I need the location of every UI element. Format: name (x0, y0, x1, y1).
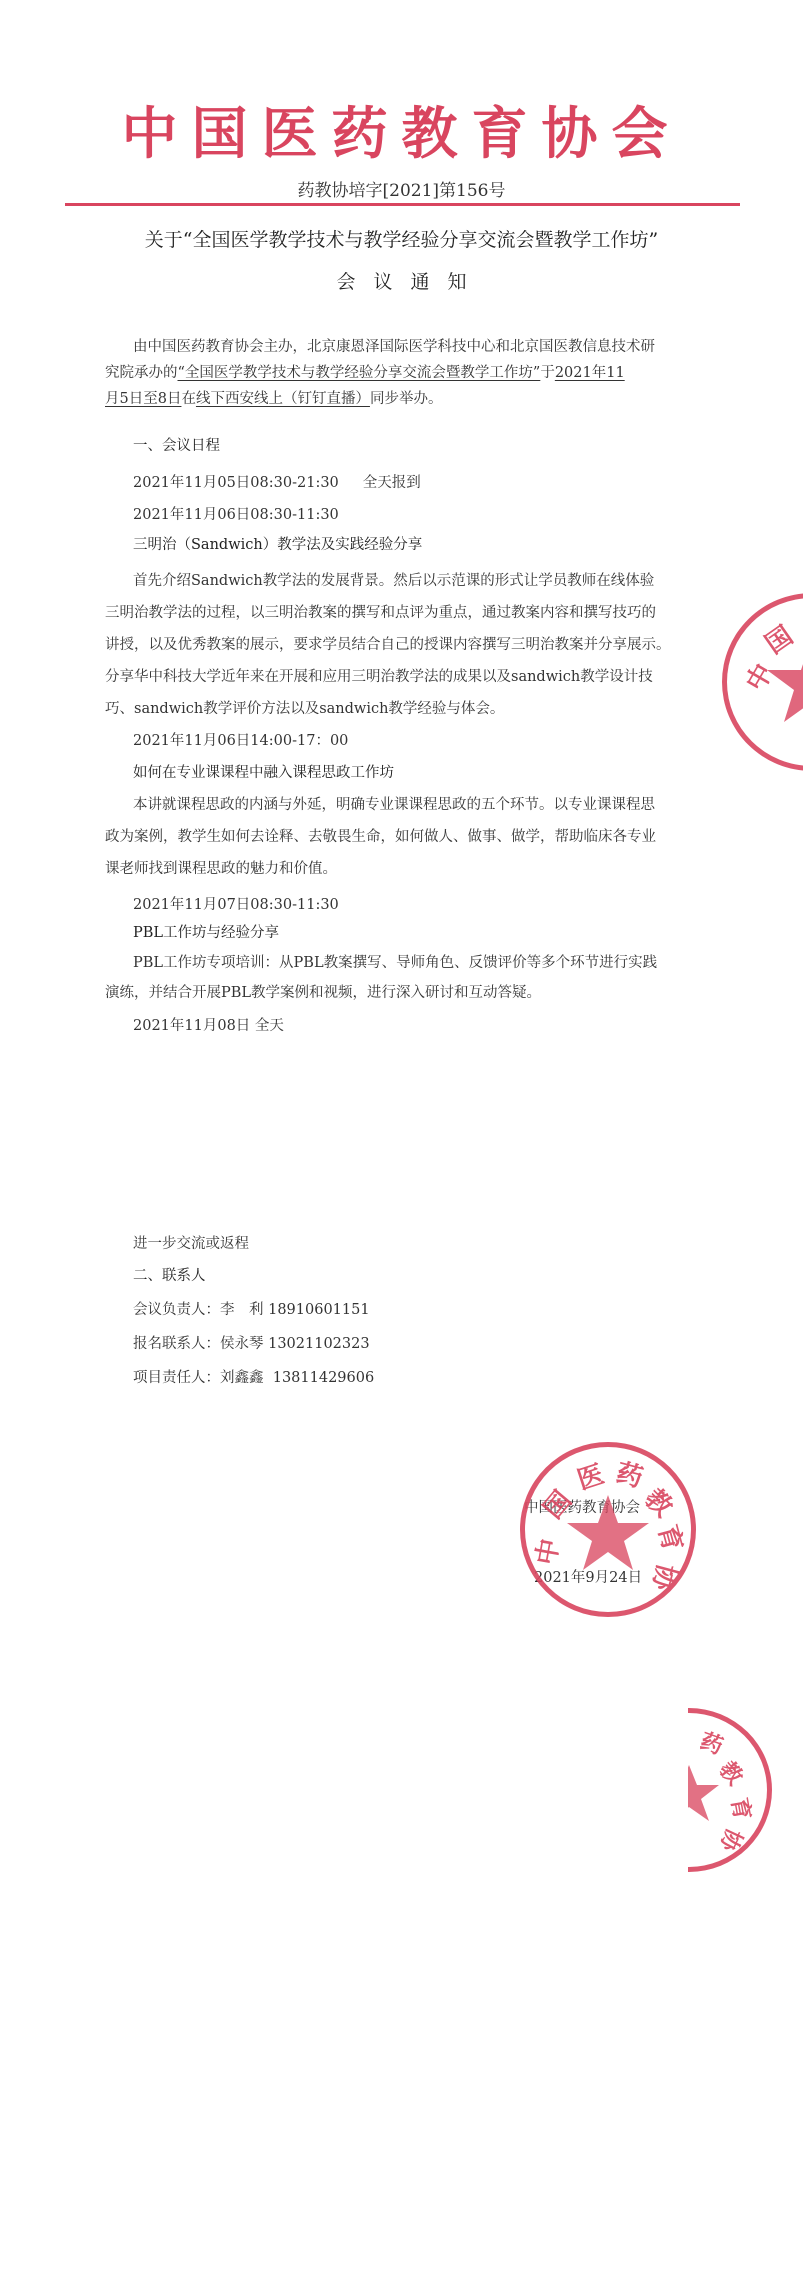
contact-phone: 18910601151 (268, 1302, 369, 1318)
schedule-time-3: 2021年11月07日08:30-11:30 (133, 892, 339, 918)
schedule-note: 全天报到 (363, 475, 421, 491)
official-seal-icon: 中 国 医 (722, 593, 803, 771)
section-heading-schedule: 一、会议日程 (133, 433, 220, 459)
notice-subtitle: 会议通知 (0, 267, 803, 294)
contact-role: 报名联系人： (133, 1336, 220, 1352)
seal-stamp-edge: 中 国 医 (700, 585, 803, 780)
cross-page-seal: 药 教 育 协 (688, 1700, 778, 1880)
session-desc-line: PBL工作坊专项培训：从PBL教案撰写、导师角色、反馈评价等多个环节进行实践 (133, 950, 657, 976)
session-desc-line: 演练，并结合开展PBL教学案例和视频，进行深入研讨和互动答疑。 (105, 980, 541, 1006)
intro-line-1: 由中国医药教育协会主办，北京康恩泽国际医学科技中心和北京国医教信息技术研 (133, 334, 655, 360)
contact-name: 侯永琴 (220, 1336, 264, 1352)
organization-letterhead: 中国医药教育协会 (0, 100, 803, 170)
session-title-pbl: PBL工作坊与经验分享 (133, 920, 279, 946)
session-desc-line: 政为案例，教学生如何去诠释、去敬畏生命，如何做人、做事、做学，帮助临床各专业 (105, 824, 656, 850)
contact-role: 项目责任人： (133, 1370, 220, 1386)
document-page: 中国医药教育协会 药教协培字[2021]第156号 关于“全国医学教学技术与教学… (0, 0, 803, 2290)
schedule-item-1: 2021年11月05日08:30-21:30全天报到 (133, 470, 421, 496)
schedule-item-2: 2021年11月06日08:30-11:30 (133, 502, 339, 528)
notice-title: 关于“全国医学教学技术与教学经验分享交流会暨教学工作坊” (0, 225, 803, 252)
session-desc-line: 三明治教学法的过程，以三明治教案的撰写和点评为重点，通过教案内容和撰写技巧的 (105, 600, 656, 626)
intro-line-2: 究院承办的“全国医学教学技术与教学经验分享交流会暨教学工作坊”于2021年11 (105, 360, 625, 386)
session-desc-line: 分享华中科技大学近年来在开展和应用三明治教学法的成果以及sandwich教学设计… (105, 664, 653, 690)
red-divider-rule (65, 203, 740, 206)
contact-phone: 13021102323 (268, 1336, 369, 1352)
intro-suffix: 同步举办。 (370, 391, 443, 407)
intro-prefix: 究院承办的 (105, 365, 178, 381)
session-title-ideology: 如何在专业课课程中融入课程思政工作坊 (133, 760, 394, 786)
session-title-sandwich: 三明治（Sandwich）教学法及实践经验分享 (133, 532, 422, 558)
schedule-closing: 进一步交流或返程 (133, 1231, 249, 1257)
contact-row: 项目责任人：刘鑫鑫 13811429606 (133, 1365, 374, 1391)
schedule-time-4: 2021年11月08日 全天 (133, 1013, 284, 1039)
event-date-start: 2021年11 (555, 365, 625, 381)
half-seal-icon: 药 教 育 协 (688, 1708, 772, 1872)
schedule-datetime: 2021年11月05日08:30-21:30 (133, 475, 339, 491)
official-seal-icon: 中 国 医 药 教 育 协 (520, 1442, 696, 1617)
session-desc-line: 课老师找到课程思政的魅力和价值。 (105, 856, 337, 882)
session-desc-line: 本讲就课程思政的内涵与外延，明确专业课课程思政的五个环节。以专业课课程思 (133, 792, 655, 818)
contact-row: 会议负责人：李 利 18910601151 (133, 1297, 370, 1323)
event-date-end: 月5日至8日 (105, 391, 181, 407)
schedule-time-2: 2021年11月06日14:00-17：00 (133, 728, 348, 754)
contact-name: 刘鑫鑫 (220, 1370, 264, 1386)
contact-row: 报名联系人：侯永琴 13021102323 (133, 1331, 370, 1357)
intro-connector-2: 在 (181, 391, 196, 407)
event-name: “全国医学教学技术与教学经验分享交流会暨教学工作坊” (178, 365, 541, 381)
intro-connector: 于 (540, 365, 555, 381)
intro-line-3: 月5日至8日在线下西安线上（钉钉直播）同步举办。 (105, 386, 442, 412)
contact-name: 李 利 (220, 1302, 264, 1318)
session-desc-line: 首先介绍Sandwich教学法的发展背景。然后以示范课的形式让学员教师在线体验 (133, 568, 654, 594)
contact-phone: 13811429606 (273, 1370, 374, 1386)
event-location: 线下西安线上（钉钉直播） (196, 391, 370, 407)
section-heading-contacts: 二、联系人 (133, 1263, 206, 1289)
document-number: 药教协培字[2021]第156号 (0, 176, 803, 201)
session-desc-line: 讲授，以及优秀教案的展示，要求学员结合自己的授课内容撰写三明治教案并分享展示。 (105, 632, 671, 658)
contact-role: 会议负责人： (133, 1302, 220, 1318)
session-desc-line: 巧、sandwich教学评价方法以及sandwich教学经验与体会。 (105, 696, 504, 722)
